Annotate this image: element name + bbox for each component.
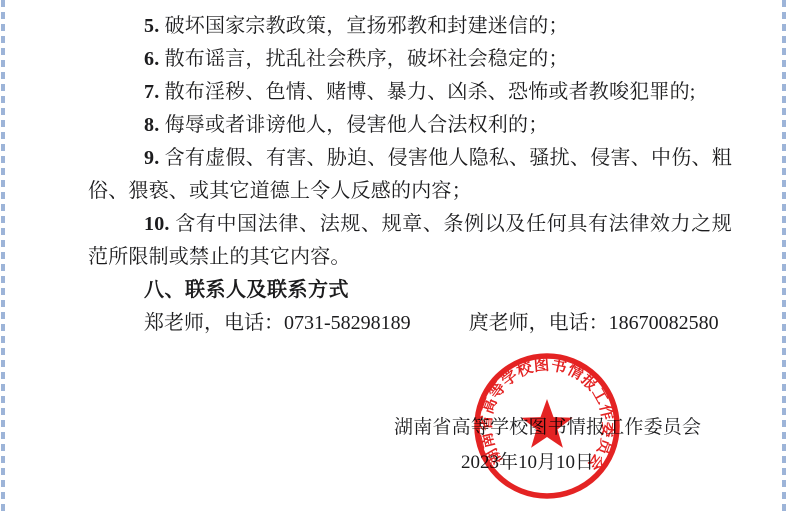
list-item-9-text: 含有虚假、有害、胁迫、侵害他人隐私、骚扰、侵害、中伤、粗俗、猥亵、或其它道德上令…	[88, 147, 732, 202]
list-item-6: 6. 散布谣言，扰乱社会秩序，破坏社会稳定的；	[88, 43, 732, 76]
list-item-9-number: 9.	[144, 147, 159, 169]
seal-star-icon	[521, 399, 572, 448]
list-item-9: 9. 含有虚假、有害、胁迫、侵害他人隐私、骚扰、侵害、中伤、粗俗、猥亵、或其它道…	[88, 142, 732, 208]
list-item-8-number: 8.	[144, 114, 159, 136]
list-item-10: 10. 含有中国法律、法规、规章、条例以及任何具有法律效力之规范所限制或禁止的其…	[88, 208, 732, 274]
list-item-7-text: 散布淫秽、色情、赌博、暴力、凶杀、恐怖或者教唆犯罪的;	[165, 81, 696, 103]
contact-tuo: 庹老师，电话：18670082580	[469, 307, 719, 340]
list-item-10-number: 10.	[144, 213, 170, 235]
body-text-block: 5. 破坏国家宗教政策，宣扬邪教和封建迷信的； 6. 散布谣言，扰乱社会秩序，破…	[88, 10, 732, 340]
list-item-5: 5. 破坏国家宗教政策，宣扬邪教和封建迷信的；	[88, 10, 732, 43]
list-item-5-number: 5.	[144, 15, 159, 37]
list-item-8: 8. 侮辱或者诽谤他人，侵害他人合法权利的；	[88, 109, 732, 142]
list-item-8-text: 侮辱或者诽谤他人，侵害他人合法权利的；	[165, 114, 549, 136]
list-item-7: 7. 散布淫秽、色情、赌博、暴力、凶杀、恐怖或者教唆犯罪的;	[88, 76, 732, 109]
right-dashed-border	[782, 0, 786, 513]
contact-zheng: 郑老师，电话：0731-58298189	[144, 307, 411, 340]
section-heading: 八、联系人及联系方式	[88, 274, 732, 307]
list-item-5-text: 破坏国家宗教政策，宣扬邪教和封建迷信的；	[165, 15, 569, 37]
list-item-7-number: 7.	[144, 81, 159, 103]
contact-line: 郑老师，电话：0731-58298189 庹老师，电话：18670082580	[88, 307, 732, 340]
list-item-10-text: 含有中国法律、法规、规章、条例以及任何具有法律效力之规范所限制或禁止的其它内容。	[88, 213, 732, 268]
list-item-6-number: 6.	[144, 48, 159, 70]
list-item-6-text: 散布谣言，扰乱社会秩序，破坏社会稳定的；	[165, 48, 569, 70]
left-dashed-border	[1, 0, 5, 513]
official-seal: 湖南省高等学校图书情报工作委员会	[465, 343, 629, 507]
document-page: 5. 破坏国家宗教政策，宣扬邪教和封建迷信的； 6. 散布谣言，扰乱社会秩序，破…	[0, 0, 794, 513]
